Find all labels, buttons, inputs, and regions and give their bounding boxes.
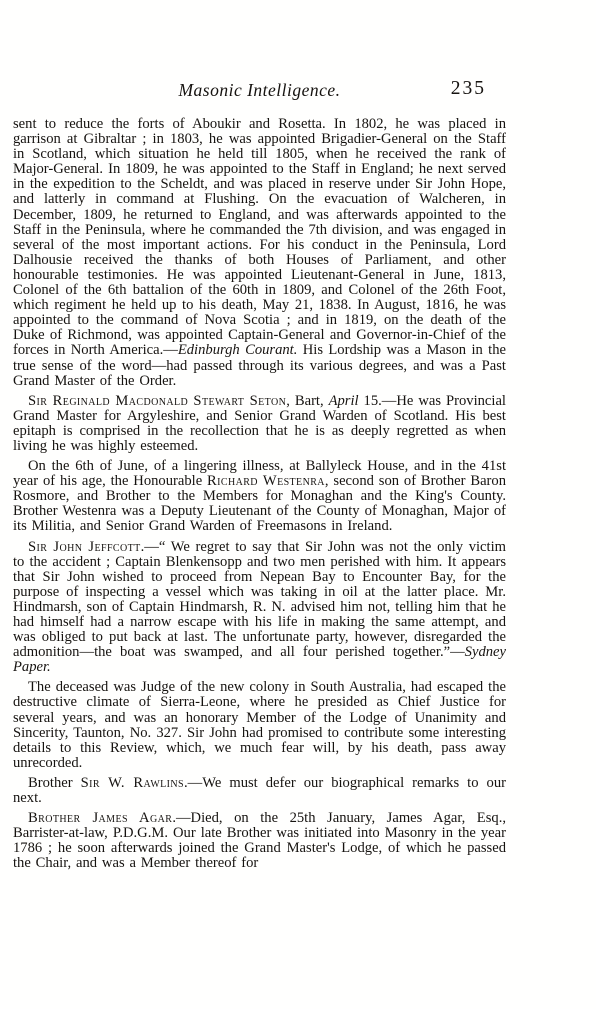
text-run: The deceased was Judge of the new colony… [13, 679, 506, 770]
page-title: Masonic Intelligence. [178, 80, 340, 100]
text-run: Brother [28, 775, 81, 791]
paragraph-jeffcott-continued: The deceased was Judge of the new colony… [13, 680, 506, 771]
paragraph-agar-obituary: Brother James Agar.—Died, on the 25th Ja… [13, 811, 506, 871]
running-head: Masonic Intelligence. 235 [13, 80, 506, 104]
text-run-smallcaps-name: Sir Reginald Macdonald Stewart Seton [28, 393, 286, 409]
text-run-smallcaps-name: Richard Westenra [207, 473, 325, 489]
text-run-smallcaps-name: Brother James Agar [28, 810, 172, 826]
text-run: sent to reduce the forts of Aboukir and … [13, 116, 506, 358]
paragraph-seton-obituary: Sir Reginald Macdonald Stewart Seton, Ba… [13, 394, 506, 454]
text-run: , Bart, [286, 393, 328, 409]
text-run-smallcaps-name: Sir W. Rawlins [81, 775, 184, 791]
paragraph-jeffcott-obituary: Sir John Jeffcott.—“ We regret to say th… [13, 540, 506, 676]
text-run-italic-date: April [329, 393, 359, 409]
text-run: .—“ We regret to say that Sir John was n… [13, 539, 506, 661]
paragraph-dalhousie-obituary: sent to reduce the forts of Aboukir and … [13, 117, 506, 389]
paragraph-rawlins-notice: Brother Sir W. Rawlins.—We must defer ou… [13, 776, 506, 806]
text-run-smallcaps-name: Sir John Jeffcott [28, 539, 141, 555]
text-column: Masonic Intelligence. 235 sent to reduce… [13, 80, 506, 877]
scanned-book-page: Masonic Intelligence. 235 sent to reduce… [0, 0, 596, 1009]
paragraph-westenra-obituary: On the 6th of June, of a lingering illne… [13, 459, 506, 534]
page-number: 235 [451, 78, 486, 100]
text-run-italic-citation: Edinburgh Courant. [178, 342, 298, 358]
body-text: sent to reduce the forts of Aboukir and … [13, 117, 506, 872]
